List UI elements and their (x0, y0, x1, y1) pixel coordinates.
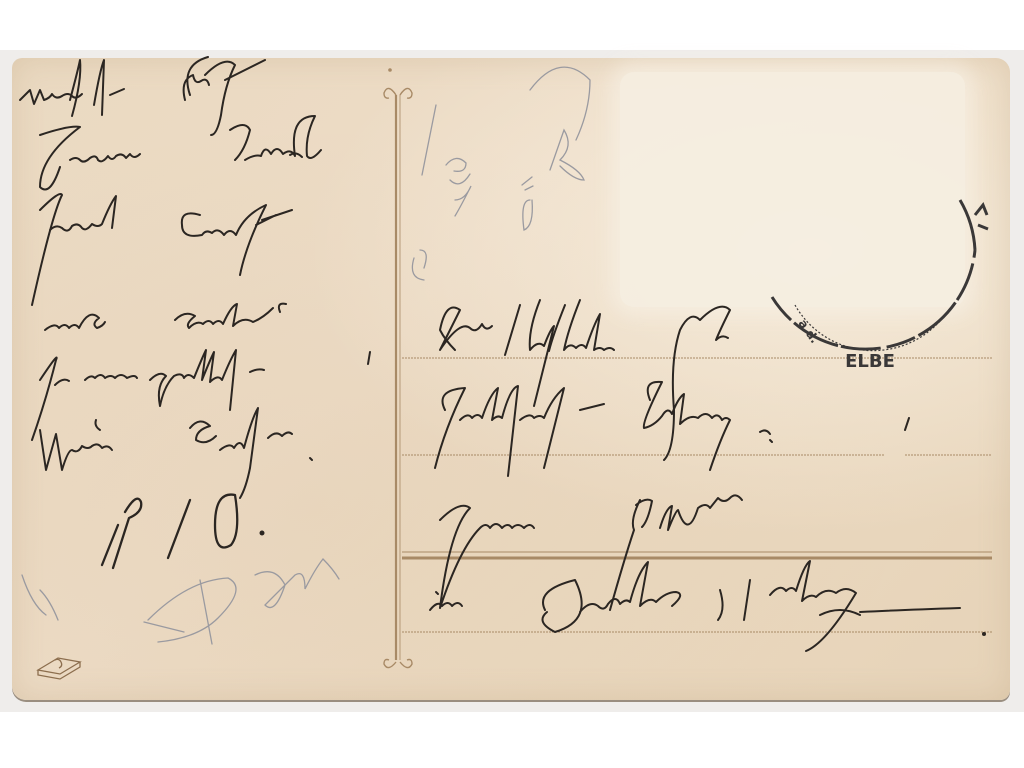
postmark: ELBE a.d. (772, 200, 988, 372)
postmark-partial-text: a.d. (796, 317, 822, 346)
center-divider (384, 68, 412, 667)
postmark-text: ELBE (845, 351, 895, 372)
handwritten-message (20, 57, 370, 568)
postcard-artwork: ELBE a.d. (0, 0, 1024, 768)
publisher-logo-icon (38, 658, 80, 679)
handwritten-address (430, 300, 986, 651)
